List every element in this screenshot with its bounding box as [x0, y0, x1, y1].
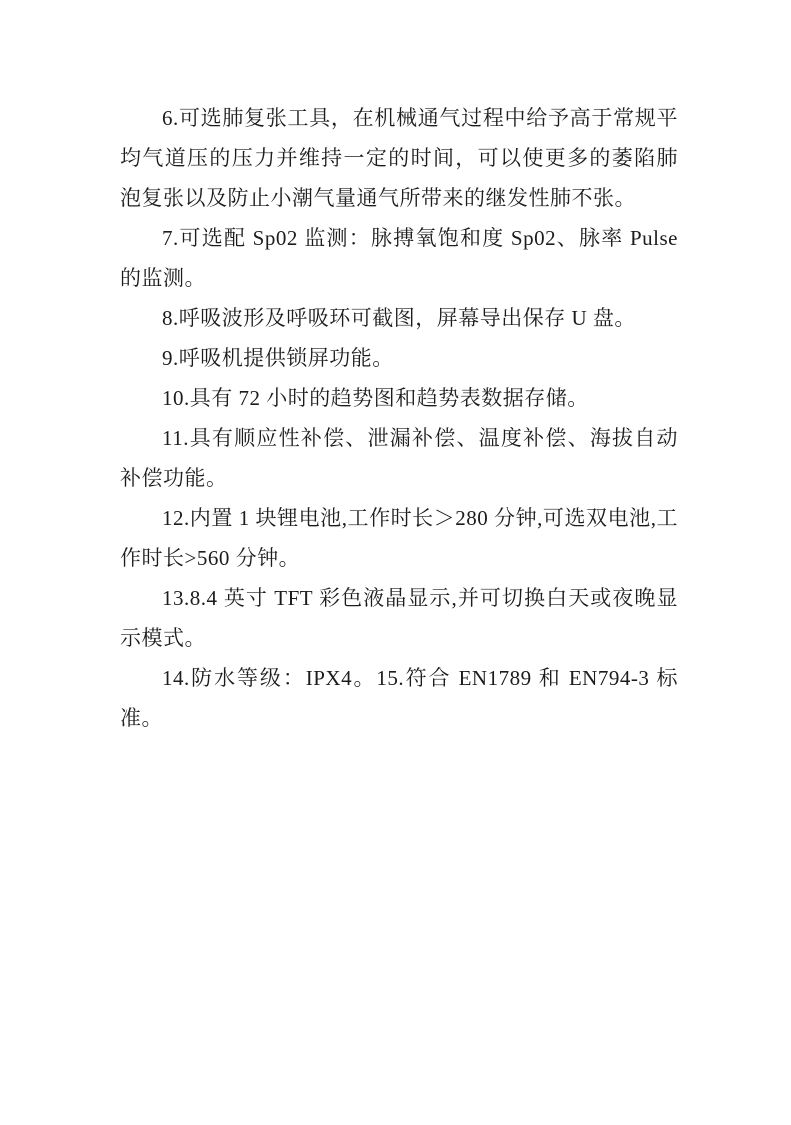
- paragraph-item-9: 9.呼吸机提供锁屏功能。: [120, 338, 678, 378]
- paragraph-item-10: 10.具有 72 小时的趋势图和趋势表数据存储。: [120, 378, 678, 418]
- document-body: 6.可选肺复张工具，在机械通气过程中给予高于常规平均气道压的压力并维持一定的时间…: [120, 98, 678, 738]
- paragraph-item-6: 6.可选肺复张工具，在机械通气过程中给予高于常规平均气道压的压力并维持一定的时间…: [120, 98, 678, 218]
- paragraph-item-11: 11.具有顺应性补偿、泄漏补偿、温度补偿、海拔自动补偿功能。: [120, 418, 678, 498]
- document-page: 6.可选肺复张工具，在机械通气过程中给予高于常规平均气道压的压力并维持一定的时间…: [0, 0, 791, 1125]
- paragraph-item-13: 13.8.4 英寸 TFT 彩色液晶显示,并可切换白天或夜晚显示模式。: [120, 578, 678, 658]
- paragraph-item-8: 8.呼吸波形及呼吸环可截图，屏幕导出保存 U 盘。: [120, 298, 678, 338]
- paragraph-item-12: 12.内置 1 块锂电池,工作时长＞280 分钟,可选双电池,工作时长>560 …: [120, 498, 678, 578]
- paragraph-item-7: 7.可选配 Sp02 监测：脉搏氧饱和度 Sp02、脉率 Pulse 的监测。: [120, 218, 678, 298]
- paragraph-item-14: 14.防水等级：IPX4。15.符合 EN1789 和 EN794-3 标准。: [120, 658, 678, 738]
